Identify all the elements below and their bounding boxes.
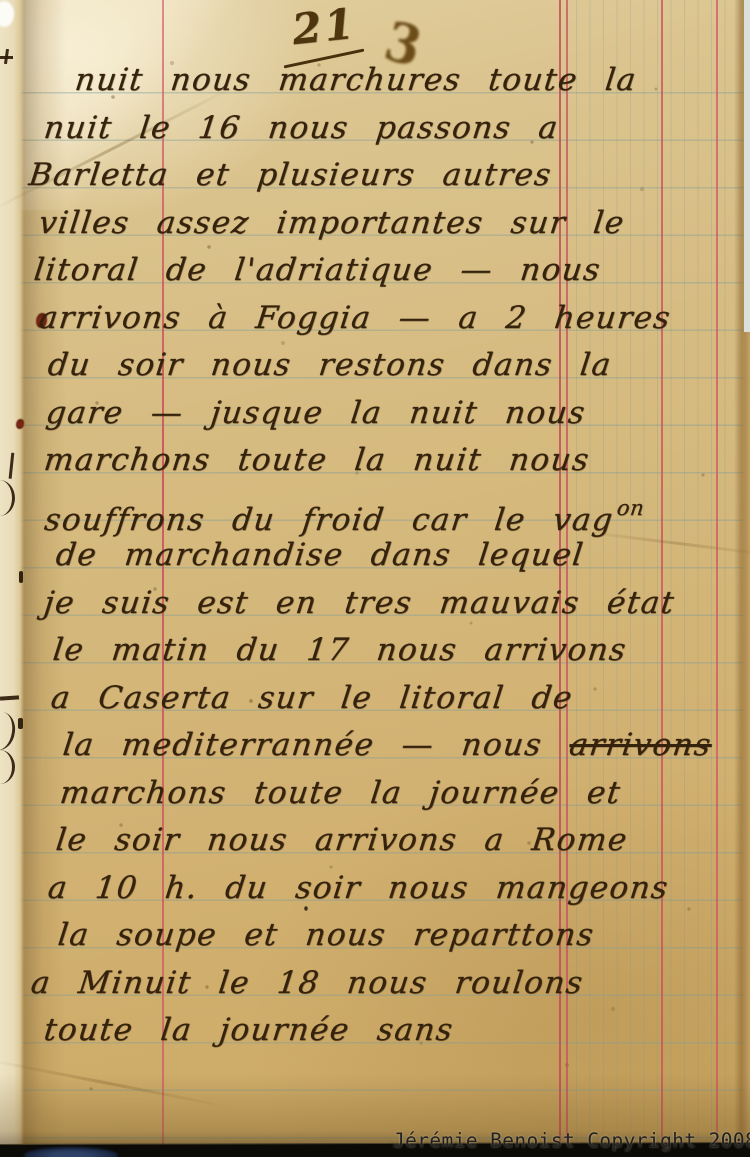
manuscript-line: je suis est en tres mauvais état	[26, 581, 750, 629]
manuscript-line: toute la journée sans	[26, 1008, 750, 1056]
manuscript-line: la soupe et nous reparttons	[26, 913, 750, 961]
manuscript-line: le matin du 17 nous arrivons	[26, 628, 750, 676]
manuscript-line: villes assez importantes sur le	[26, 201, 750, 249]
manuscript-line: le soir nous arrivons a Rome	[26, 818, 750, 866]
manuscript-line: marchons toute la journée et	[26, 771, 750, 819]
manuscript-line: a Caserta sur le litoral de	[26, 676, 750, 724]
manuscript-line: a Minuit le 18 nous roulons	[26, 961, 750, 1009]
manuscript-line: du soir nous restons dans la	[26, 343, 750, 391]
crossed-out-word: arrivons	[567, 727, 714, 763]
manuscript-line: nuit nous marchures toute la	[26, 58, 750, 106]
manuscript-line: arrivons à Foggia — a 2 heures	[26, 296, 750, 344]
manuscript-line: litoral de l'adriatique — nous	[26, 248, 750, 296]
binding-blue-blob	[24, 1147, 118, 1157]
manuscript-text-block: nuit nous marchures toute lanuit le 16 n…	[26, 58, 744, 1056]
page-number: 21	[290, 0, 359, 54]
ink-spot	[18, 718, 23, 729]
manuscript-line: de marchandise dans lequel	[26, 533, 750, 581]
manuscript-line: a 10 h. du soir nous mangeons	[26, 866, 750, 914]
manuscript-line: souffrons du froid car le vagon	[26, 486, 750, 534]
manuscript-line: Barletta et plusieurs autres	[26, 153, 750, 201]
ink-spot	[19, 571, 23, 583]
manuscript-line: marchons toute la nuit nous	[26, 438, 750, 486]
scanned-diary-page: 21 3 nuit nous marchures toute lanuit le…	[0, 0, 750, 1157]
manuscript-line: la mediterrannée — nous arrivons	[26, 723, 750, 771]
manuscript-line: gare — jusque la nuit nous	[26, 391, 750, 439]
copyright-watermark: Jérémie Benoist Copyright 2008	[393, 1129, 750, 1152]
manuscript-line: nuit le 16 nous passons a	[26, 106, 750, 154]
superscript-word-end: on	[616, 496, 646, 520]
